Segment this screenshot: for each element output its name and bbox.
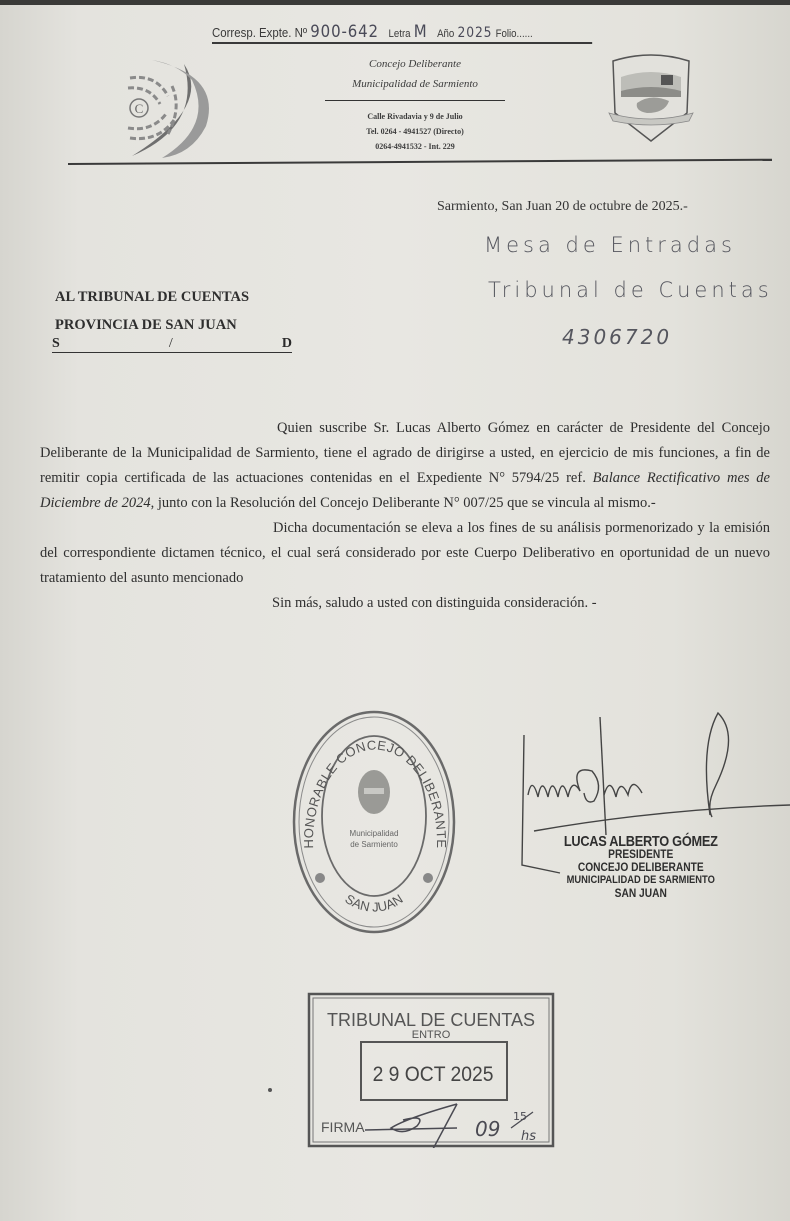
folio-label: Folio...... [496, 28, 533, 40]
signer-org1: CONCEJO DELIBERANTE [560, 861, 722, 874]
svg-text:FIRMA: FIRMA [321, 1119, 365, 1135]
sd-line: S / D [52, 336, 292, 353]
letter-body: Quien suscribe Sr. Lucas Alberto Gómez e… [40, 416, 770, 616]
letter-value: M [414, 22, 428, 42]
address: Calle Rivadavia y 9 de Julio [325, 109, 505, 124]
svg-text:ENTRO: ENTRO [412, 1029, 451, 1041]
org-line1: Concejo Deliberante [325, 54, 505, 74]
expediente-number: 900-642 [310, 22, 379, 42]
svg-text:hs: hs [521, 1129, 536, 1144]
addressee-line1: AL TRIBUNAL DE CUENTAS [55, 283, 249, 311]
official-seal-icon: HONORABLE CONCEJO DELIBERANTE SAN JUAN M… [290, 708, 458, 936]
sd-slash: / [169, 336, 173, 352]
closing-line: Sin más, saludo a usted con distinguida … [40, 591, 770, 616]
letterhead-center: Concejo Deliberante Municipalidad de Sar… [325, 54, 505, 154]
addressee-line2: PROVINCIA DE SAN JUAN [55, 311, 249, 339]
handwritten-note-number: 4306720 [562, 325, 672, 349]
svg-text:09: 09 [475, 1117, 500, 1141]
concejo-logo-icon: C [122, 56, 222, 160]
year-label: Año [437, 28, 454, 40]
svg-text:de Sarmiento: de Sarmiento [350, 840, 398, 849]
p1-text-end: , junto con la Resolución del Concejo De… [151, 495, 656, 511]
svg-text:TRIBUNAL DE CUENTAS: TRIBUNAL DE CUENTAS [327, 1010, 535, 1030]
paragraph-2: Dicha documentación se eleva a los fines… [40, 516, 770, 591]
letter-label: Letra [388, 28, 410, 40]
reception-stamp: TRIBUNAL DE CUENTAS ENTRO 2 9 OCT 2025 F… [307, 992, 555, 1148]
phone2: 0264-4941532 - Int. 229 [325, 139, 505, 154]
svg-text:C: C [135, 101, 144, 116]
handwritten-note-line1: Mesa de Entradas [484, 233, 736, 257]
year-value: 2025 [458, 25, 493, 41]
handwritten-note-line2: Tribunal de Cuentas [488, 278, 773, 302]
photo-top-edge [0, 0, 790, 5]
corresp-label: Corresp. Expte. Nº [212, 25, 307, 40]
date-line: Sarmiento, San Juan 20 de octubre de 202… [437, 199, 688, 215]
addressee: AL TRIBUNAL DE CUENTAS PROVINCIA DE SAN … [55, 283, 249, 339]
ink-mark [268, 1088, 272, 1092]
paragraph-1: Quien suscribe Sr. Lucas Alberto Gómez e… [40, 416, 770, 516]
correspondence-line: Corresp. Expte. Nº 900-642 Letra M Año 2… [212, 22, 592, 44]
phone1: Tel. 0264 - 4941527 (Directo) [325, 124, 505, 139]
signature-block: LUCAS ALBERTO GÓMEZ PRESIDENTE CONCEJO D… [560, 835, 722, 900]
coat-of-arms-icon [607, 53, 695, 145]
sd-s: S [52, 336, 60, 352]
letterhead-rule [325, 100, 505, 101]
org-line2: Municipalidad de Sarmiento [325, 74, 505, 94]
svg-text:Municipalidad: Municipalidad [350, 829, 399, 838]
svg-text:SAN JUAN: SAN JUAN [342, 891, 405, 915]
svg-text:2 9 OCT 2025: 2 9 OCT 2025 [373, 1063, 494, 1086]
sd-d: D [282, 336, 292, 352]
signer-org3: SAN JUAN [560, 887, 722, 900]
